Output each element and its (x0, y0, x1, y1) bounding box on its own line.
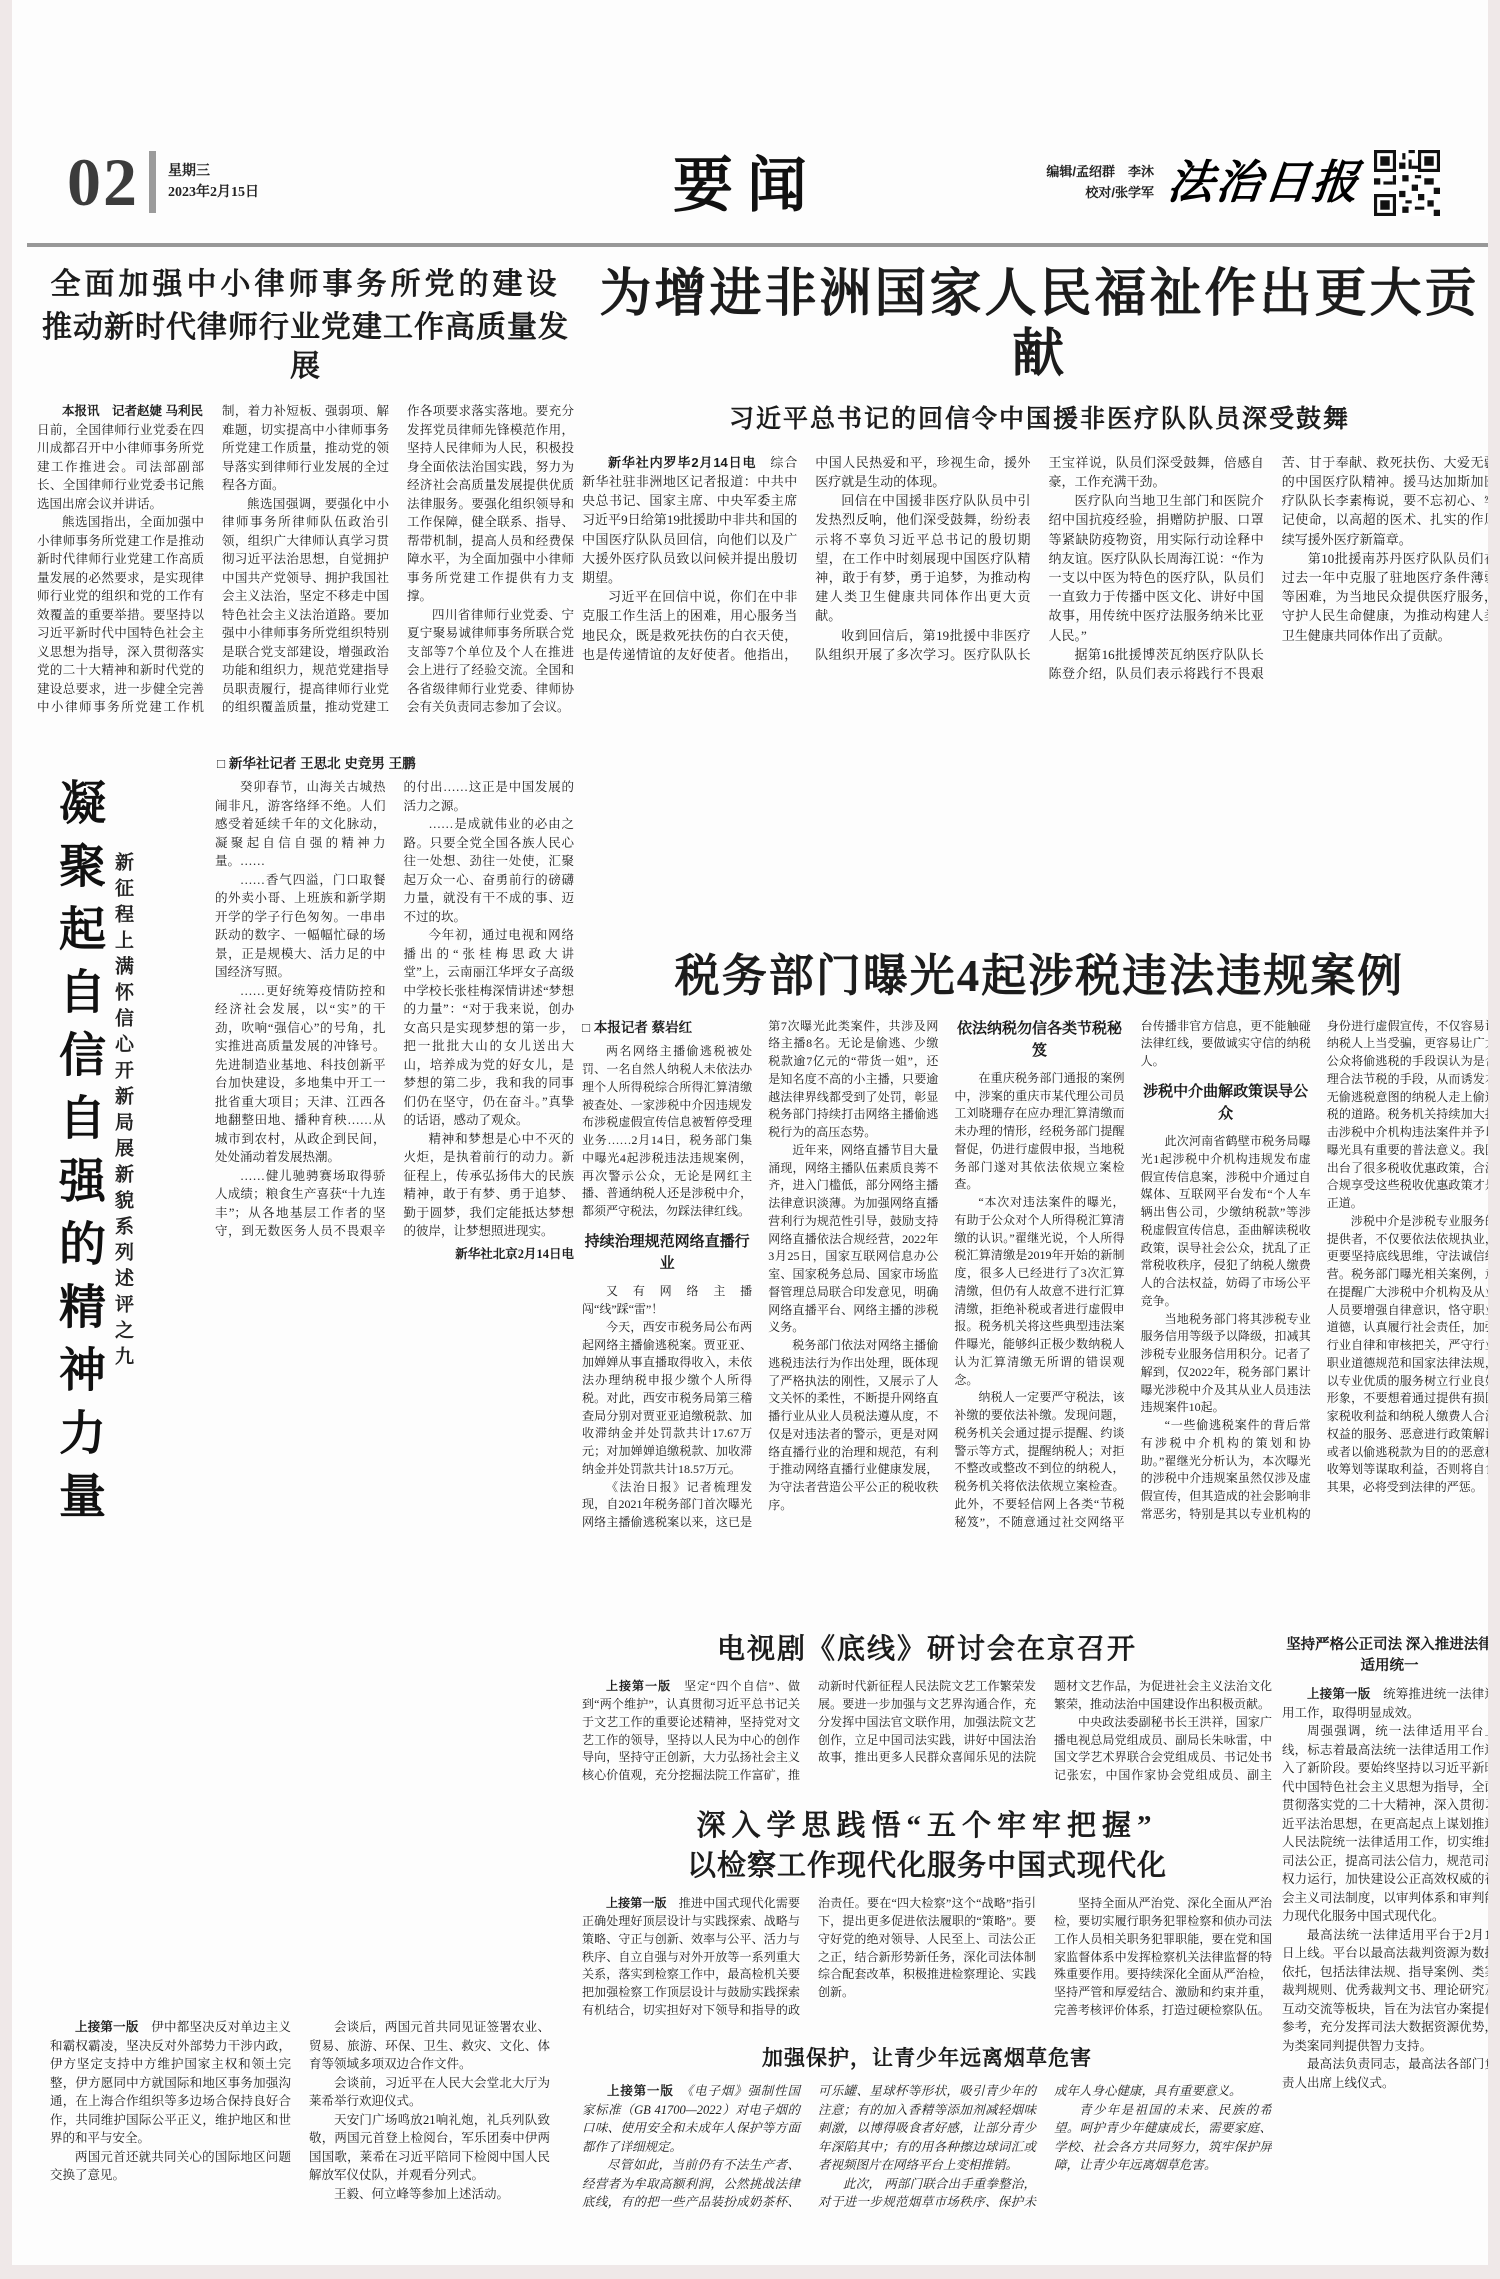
qr-code-icon (1374, 150, 1440, 216)
article-tax: 税务部门曝光4起涉税违法违规案例 □ 本报记者 蔡岩红 两名网络主播偷逃税被处罚… (582, 952, 1488, 1624)
tv-drama-headline: 电视剧《底线》研讨会在京召开 (582, 1632, 1272, 1668)
paragraph: 两国元首还就共同关心的国际地区问题交换了意见。 (50, 2148, 291, 2185)
lawyers-headline-line2: 推动新时代律师行业党建工作高质量发展 (37, 308, 574, 386)
paragraph: 医疗队向当地卫生部门和医院介绍中国抗疫经验，捐赠防护服、口罩等紧缺防疫物资，用实… (1049, 491, 1264, 645)
paragraph: ……更好统筹疫情防控和经济社会发展，以“实”的干劲，吹响“强信心”的号角，扎实推… (215, 982, 386, 1167)
paragraph: 上接第一版 统筹推进统一法律适用工作，取得明显成效。 (1282, 1685, 1488, 1722)
paragraph: 最高法负责同志，最高法各部门负责人出席上线仪式。 (1282, 2055, 1488, 2092)
paragraph: 会谈后，两国元首共同见证签署农业、贸易、旅游、环保、卫生、救灾、文化、体育等领域… (309, 2018, 550, 2074)
paragraph: 天安门广场鸣放21响礼炮，礼兵列队致敬，两国元首登上检阅台，军乐团奏中伊两国国歌… (309, 2111, 550, 2185)
article-tobacco: 加强保护，让青少年远离烟草危害 上接第一版 《电子烟》强制性国家标准（GB 41… (582, 2042, 1272, 2265)
paragraph: 上接第一版 《电子烟》强制性国家标准（GB 41700—2022）对电子烟的口味… (582, 2082, 800, 2156)
paragraph: 坚持全面从严治党、深化全面从严治检，要切实履行职务犯罪检察和侦办司法工作人员相关… (1054, 1895, 1272, 2019)
paragraph: 癸卯春节，山海关古城热闹非凡，游客络绎不绝。人们感受着延续千年的文化脉动，凝聚起… (215, 778, 386, 871)
header-divider (27, 243, 1488, 247)
paragraph: 王毅、何立峰等参加上述活动。 (309, 2185, 550, 2204)
tax-headline: 税务部门曝光4起涉税违法违规案例 (582, 952, 1488, 1002)
paragraph: 青少年是祖国的未来、民族的希望。呵护青少年健康成长，需要家庭、学校、社会各方共同… (1054, 2101, 1272, 2175)
page-number: 02 (67, 148, 139, 216)
africa-body: 新华社内罗毕2月14日电 综合新华社驻非洲地区记者报道：中共中央总书记、国家主席… (582, 453, 1488, 975)
tv-drama-jump-label: 上接第一版 (606, 1679, 671, 1693)
proof-line: 校对/张学军 (1046, 183, 1154, 204)
spirit-vertical-title-block: 凝聚起自信自强的精神力量 新征程上满怀信心开新局展新貌系列述评之九 (37, 778, 215, 1973)
spirit-body: 癸卯春节，山海关古城热闹非凡，游客络绎不绝。人们感受着延续千年的文化脉动，凝聚起… (215, 778, 574, 1973)
staff-credits: 编辑/孟绍群 李沐 校对/张学军 (1046, 162, 1154, 204)
lawyers-body: 本报讯 记者赵婕 马利民 日前，全国律师行业党委在四川成都召开中小律师事务所党建… (37, 402, 574, 780)
paragraph: 今年初，通过电视和网络播出的“张桂梅思政大讲堂”上，云南丽江华坪女子高级中学校长… (404, 926, 575, 1130)
spirit-dateline: 新华社北京2月14日电 (404, 1245, 575, 1264)
tax-lead: 两名网络主播偷逃税被处罚、一名自然人纳税人未依法办理个人所得税综合所得汇算清缴被… (582, 1043, 752, 1221)
tax-subhead-1: 持续治理规范网络直播行业 (582, 1231, 752, 1275)
masthead-logo: 法治日报 (1166, 160, 1363, 206)
africa-headline: 为增进非洲国家人民福祉作出更大贡献 (582, 265, 1488, 385)
article-spirit: □ 新华社记者 王思北 史竞男 王鹏 凝聚起自信自强的精神力量 新征程上满怀信心… (37, 752, 574, 2010)
lawyers-headline-line1: 全面加强中小律师事务所党的建设 (37, 265, 574, 304)
section-title-wrap: 要闻 (673, 138, 821, 224)
iran-jump-label: 上接第一版 (75, 2020, 139, 2034)
africa-subhead: 习近平总书记的回信令中国援非医疗队队员深受鼓舞 (582, 399, 1488, 435)
tobacco-headline: 加强保护，让青少年远离烟草危害 (582, 2042, 1272, 2072)
paragraph: 又有网络主播闯“线”踩“雷”！ (582, 1283, 752, 1319)
paragraph: 近年来，网络直播节目大量涌现，网络主播队伍素质良莠不齐，进入门槛低，部分网络主播… (768, 1142, 938, 1337)
court-body: 上接第一版 统筹推进统一法律适用工作，取得明显成效。 周强强调，统一法律适用平台… (1282, 1685, 1488, 2265)
article-lawyers: 全面加强中小律师事务所党的建设 推动新时代律师行业党建工作高质量发展 本报讯 记… (37, 265, 574, 747)
weekday: 星期三 (168, 161, 259, 182)
iran-lead-text: 伊中都坚决反对单边主义和霸权霸凌，坚决反对外部势力干涉内政，伊方坚定支持中方维护… (50, 2020, 291, 2145)
lawyers-lead-label: 本报讯 记者赵婕 马利民 (62, 404, 203, 418)
paragraph: 上接第一版 推进中国式现代化需要正确处理好顶层设计与实践探索、战略与策略、守正与… (582, 1895, 1036, 2027)
africa-lead-text: 综合新华社驻非洲地区记者报道：中共中央总书记、国家主席、中央军委主席习近平9日给… (582, 455, 797, 585)
article-procuratorate: 深入学思践悟“五个牢牢把握” 以检察工作现代化服务中国式现代化 上接第一版 推进… (582, 1808, 1272, 2038)
paragraph: 周强强调，统一法律适用平台上线，标志着最高法统一法律适用工作进入了新阶段。要始终… (1282, 1722, 1488, 1926)
paragraph: 在重庆税务部门通报的案例中，涉案的重庆市某代理公司员工刘晓珊存在应办理汇算清缴而… (954, 1070, 1124, 1194)
spirit-paragraphs: 癸卯春节，山海关古城热闹非凡，游客络绎不绝。人们感受着延续千年的文化脉动，凝聚起… (215, 778, 574, 1263)
article-africa: 为增进非洲国家人民福祉作出更大贡献 习近平总书记的回信令中国援非医疗队队员深受鼓… (582, 265, 1488, 945)
procuratorate-lead-text: 推进中国式现代化需要正确处理好顶层设计与实践探索、战略与策略、守正与创新、效率与… (582, 1896, 1036, 2017)
spirit-vertical-title: 凝聚起自信自强的精神力量 (51, 778, 105, 1708)
page-number-bar (149, 151, 156, 213)
court-headline: 坚持严格公正司法 深入推进法律适用统一 (1282, 1633, 1488, 1675)
spirit-body-wrap: 癸卯春节，山海关古城热闹非凡，游客络绎不绝。人们感受着延续千年的文化脉动，凝聚起… (215, 778, 574, 1973)
tv-drama-body: 上接第一版 坚定“四个自信”、做到“两个维护”，认真贯彻习近平总书记关于文艺工作… (582, 1678, 1272, 1796)
tax-byline: □ 本报记者 蔡岩红 (582, 1018, 752, 1038)
paragraph: 四川省律师行业党委、宁夏宁聚易诚律师事务所联合党支部等7个单位及个人在推进会上进… (407, 606, 574, 717)
paragraph: 第10批援南苏丹医疗队队员们在过去一年中克服了驻地医疗条件薄弱等困难，为当地民众… (1282, 549, 1488, 645)
procuratorate-paragraphs: 坚持全面从严治党、深化全面从严治检，要切实履行职务犯罪检察和侦办司法工作人员相关… (1054, 1895, 1272, 2027)
paragraph: 新华社内罗毕2月14日电 综合新华社驻非洲地区记者报道：中共中央总书记、国家主席… (582, 453, 797, 588)
africa-dateline-lead: 新华社内罗毕2月14日电 (608, 455, 756, 470)
paragraph: 涉税中介是涉税专业服务的提供者，不仅要依法依规执业，更要坚持底线思维，守法诚信经… (1327, 1213, 1488, 1497)
article-court: 坚持严格公正司法 深入推进法律适用统一 上接第一版 统筹推进统一法律适用工作，取… (1282, 1633, 1488, 2265)
procuratorate-body: 上接第一版 推进中国式现代化需要正确处理好顶层设计与实践探索、战略与策略、守正与… (582, 1895, 1272, 2027)
paragraph: “本次对违法案件的曝光，有助于公众对个人所得税汇算清缴的认识。”翟继光说，个人所… (954, 1194, 1124, 1389)
tax-subhead-3: 涉税中介曲解政策误导公众 (1141, 1081, 1311, 1125)
newspaper-page: 02 星期三 2023年2月15日 要闻 编辑/孟绍群 李沐 校对/张学军 法治… (0, 0, 1500, 2279)
procuratorate-jump-label: 上接第一版 (606, 1896, 667, 1910)
paragraph: 此次河南省鹤壁市税务局曝光1起涉税中介机构违规发布虚假宣传信息案，涉税中介通过自… (1141, 1133, 1311, 1311)
article-tv-drama: 电视剧《底线》研讨会在京召开 上接第一版 坚定“四个自信”、做到“两个维护”，认… (582, 1632, 1272, 1804)
section-title: 要闻 (673, 153, 821, 219)
paragraph: 税务部门依法对网络主播偷逃税违法行为作出处理，既体现了严格执法的刚性，又展示了人… (768, 1337, 938, 1515)
tobacco-jump-label: 上接第一版 (607, 2084, 674, 2098)
tobacco-body: 上接第一版 《电子烟》强制性国家标准（GB 41700—2022）对电子烟的口味… (582, 2082, 1272, 2262)
court-paragraphs: 周强强调，统一法律适用平台上线，标志着最高法统一法律适用工作进入了新阶段。要始终… (1282, 1722, 1488, 2092)
paragraph: 最高法统一法律适用平台于2月14日上线。平台以最高法裁判资源为数据依托，包括法律… (1282, 1926, 1488, 2056)
paragraph: 本报讯 记者赵婕 马利民 日前，全国律师行业党委在四川成都召开中小律师事务所党建… (37, 402, 204, 513)
date-block: 星期三 2023年2月15日 (168, 161, 259, 203)
date: 2023年2月15日 (168, 182, 259, 203)
page-header-left: 02 星期三 2023年2月15日 (67, 148, 259, 216)
article-iran: 上接第一版 伊中都坚决反对单边主义和霸权霸凌，坚决反对外部势力干涉内政，伊方坚定… (50, 2018, 550, 2208)
paragraph: 会谈前，习近平在人民大会堂北大厅为莱希举行欢迎仪式。 (309, 2074, 550, 2111)
procuratorate-headline-line1: 深入学思践悟“五个牢牢把握” (582, 1808, 1272, 1846)
paragraph: 回信在中国援非医疗队队员中引发热烈反响，他们深受鼓舞，纷纷表示将不辜负习近平总书… (815, 491, 1030, 626)
paragraph: ……是成就伟业的必由之路。只要全党全国各族人民心往一处想、劲往一处使，汇聚起万众… (404, 815, 575, 926)
spirit-vertical-subtitle: 新征程上满怀信心开新局展新貌系列述评之九 (109, 852, 136, 1512)
paragraph: 精神和梦想是心中不灭的火炬，是执着前行的动力。新征程上，传承弘扬伟大的民族精神，… (404, 1130, 575, 1241)
paper-sheet: 02 星期三 2023年2月15日 要闻 编辑/孟绍群 李沐 校对/张学军 法治… (12, 0, 1488, 2265)
spirit-byline: □ 新华社记者 王思北 史竞男 王鹏 (217, 752, 574, 772)
spirit-layout: 凝聚起自信自强的精神力量 新征程上满怀信心开新局展新貌系列述评之九 癸卯春节，山… (37, 778, 574, 1973)
paragraph: 上接第一版 伊中都坚决反对单边主义和霸权霸凌，坚决反对外部势力干涉内政，伊方坚定… (50, 2018, 291, 2148)
tax-body: □ 本报记者 蔡岩红 两名网络主播偷逃税被处罚、一名自然人纳税人未依法办理个人所… (582, 1018, 1488, 1610)
editor-line: 编辑/孟绍群 李沐 (1046, 162, 1154, 183)
court-jump-label: 上接第一版 (1307, 1687, 1370, 1701)
lawyers-lead-text: 日前，全国律师行业党委在四川成都召开中小律师事务所党建工作推进会。司法部副部长、… (37, 404, 216, 511)
paragraph: 今天，西安市税务局公布两起网络主播偷逃税案。贾亚亚、加婵婵从事直播取得收入，未依… (582, 1319, 752, 1479)
iran-body: 上接第一版 伊中都坚决反对单边主义和霸权霸凌，坚决反对外部势力干涉内政，伊方坚定… (50, 2018, 550, 2208)
procuratorate-headline-line2: 以检察工作现代化服务中国式现代化 (582, 1848, 1272, 1886)
tax-subhead-2: 依法纳税勿信各类节税秘笈 (954, 1018, 1124, 1062)
page-header-right: 编辑/孟绍群 李沐 校对/张学军 法治日报 (1046, 150, 1440, 216)
paragraph: 当地税务部门将其涉税专业服务信用等级予以降级，扣减其涉税专业服务信用积分。记者了… (1141, 1311, 1311, 1418)
paragraph: ……香气四溢，门口取餐的外卖小哥、上班族和新学期开学的学子行色匆匆。一串串跃动的… (215, 871, 386, 982)
